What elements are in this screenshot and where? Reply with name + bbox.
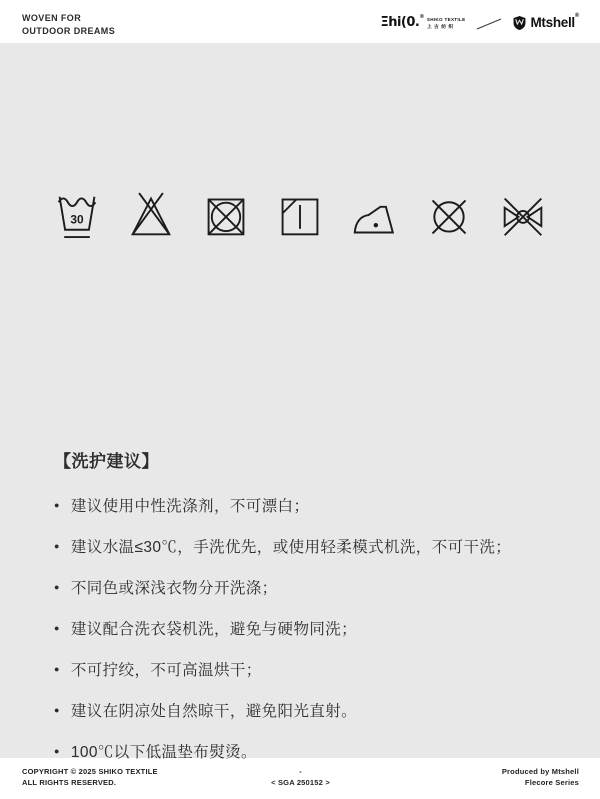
care-instruction: ●100℃以下低温垫布熨烫。 (54, 740, 564, 762)
mtshell-name-text: Mtshell (530, 15, 574, 30)
care-instruction-text: 建议在阴凉处自然晾干，避免阳光直射。 (71, 699, 357, 721)
shiko-wordmark: Ξhi(0.® (380, 16, 423, 29)
care-instructions-list: ●建议使用中性洗涤剂，不可漂白； ●建议水温≤30℃，手洗优先，或使用轻柔模式机… (54, 494, 564, 762)
care-instruction-text: 不同色或深浅衣物分开洗涤； (71, 576, 278, 598)
svg-text:30: 30 (70, 212, 84, 226)
care-instruction-text: 不可拧绞，不可高温烘干； (71, 658, 262, 680)
tagline-line-1: WOVEN FOR (22, 12, 115, 25)
bullet-icon: ● (54, 705, 60, 715)
care-instruction: ●建议水温≤30℃，手洗优先，或使用轻柔模式机洗，不可干洗； (54, 535, 564, 557)
bullet-icon: ● (54, 541, 60, 551)
registered-mark: ® (419, 14, 424, 20)
shiko-subtext-cn: 上古纺织 (427, 23, 466, 30)
care-instruction: ●不可拧绞，不可高温烘干； (54, 658, 564, 680)
care-guide: 【洗护建议】 ●建议使用中性洗涤剂，不可漂白； ●建议水温≤30℃，手洗优先，或… (54, 447, 564, 781)
shiko-wordmark-text: Ξhi(0. (380, 15, 419, 30)
series-line: Flecore Series (330, 778, 579, 789)
header-logos: Ξhi(0.® SHIKO TEXTILE 上古纺织 Mtshell® (380, 15, 579, 31)
care-instruction: ●建议使用中性洗涤剂，不可漂白； (54, 494, 564, 516)
shiko-subtext: SHIKO TEXTILE 上古纺织 (427, 17, 466, 30)
care-instruction-text: 建议水温≤30℃，手洗优先，或使用轻柔模式机洗，不可干洗； (71, 535, 511, 557)
care-panel: 30 (0, 43, 600, 758)
care-instruction: ●建议在阴凉处自然晾干，避免阳光直射。 (54, 699, 564, 721)
do-not-tumble-dry-icon (204, 187, 248, 245)
mtshell-logo: Mtshell® (513, 15, 579, 31)
footer-copyright: COPYRIGHT © 2025 SHIKO TEXTILE ALL RIGHT… (22, 767, 271, 789)
care-symbols-row: 30 (0, 187, 600, 245)
care-guide-title: 【洗护建议】 (54, 447, 564, 472)
brand-tagline: WOVEN FOR OUTDOOR DREAMS (22, 12, 115, 37)
produced-by-line: Produced by Mtshell (330, 767, 579, 778)
do-not-wring-icon (501, 187, 545, 245)
care-label-page: WOVEN FOR OUTDOOR DREAMS Ξhi(0.® SHIKO T… (0, 0, 600, 799)
care-instruction-text: 100℃以下低温垫布熨烫。 (71, 740, 257, 762)
mtshell-wordmark: Mtshell® (530, 16, 579, 30)
footer-center-dash: - (271, 767, 330, 778)
copyright-line-2: ALL RIGHTS RESERVED. (22, 778, 271, 789)
wash-30-gentle-icon: 30 (55, 187, 99, 245)
footer: COPYRIGHT © 2025 SHIKO TEXTILE ALL RIGHT… (22, 767, 579, 789)
slash-icon (476, 17, 502, 30)
shiko-subtext-en: SHIKO TEXTILE (427, 17, 466, 22)
registered-mark: ® (575, 13, 579, 19)
bullet-icon: ● (54, 500, 60, 510)
footer-article-code: - < SGA 250152 > (271, 767, 330, 789)
care-instruction-text: 建议使用中性洗涤剂，不可漂白； (71, 494, 310, 516)
care-instruction: ●不同色或深浅衣物分开洗涤； (54, 576, 564, 598)
bullet-icon: ● (54, 664, 60, 674)
article-code: < SGA 250152 > (271, 778, 330, 789)
copyright-line-1: COPYRIGHT © 2025 SHIKO TEXTILE (22, 767, 271, 778)
do-not-dry-clean-icon (427, 187, 471, 245)
bullet-icon: ● (54, 582, 60, 592)
footer-produced-by: Produced by Mtshell Flecore Series (330, 767, 579, 789)
tagline-line-2: OUTDOOR DREAMS (22, 25, 115, 38)
bullet-icon: ● (54, 623, 60, 633)
shiko-logo: Ξhi(0.® SHIKO TEXTILE 上古纺织 (380, 16, 465, 30)
care-instruction: ●建议配合洗衣袋机洗，避免与硬物同洗； (54, 617, 564, 639)
care-instruction-text: 建议配合洗衣袋机洗，避免与硬物同洗； (71, 617, 357, 639)
header: WOVEN FOR OUTDOOR DREAMS Ξhi(0.® SHIKO T… (22, 12, 579, 37)
iron-low-one-dot-icon (352, 187, 396, 245)
bullet-icon: ● (54, 746, 60, 756)
do-not-bleach-icon (129, 187, 173, 245)
drip-dry-in-shade-icon (278, 187, 322, 245)
shield-icon (513, 15, 526, 31)
